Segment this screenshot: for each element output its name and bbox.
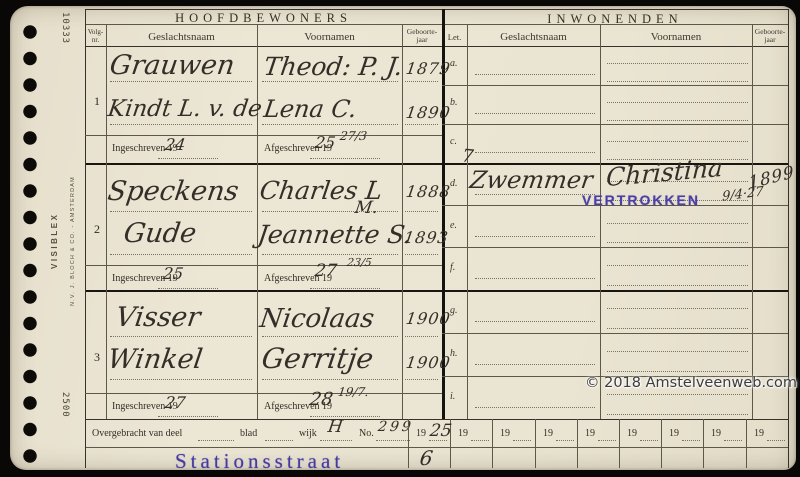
year-cell-prefix: 19 (627, 428, 637, 439)
print-count: 2500 (60, 392, 70, 418)
write-line (110, 253, 252, 255)
grid-line (85, 9, 86, 468)
write-line (724, 439, 742, 441)
write-line (158, 157, 218, 159)
write-line (405, 378, 438, 380)
column-header-geslachtsnaam-2: Geslachtsnaam (467, 31, 600, 43)
grid-line (408, 419, 409, 468)
write-line (607, 284, 748, 286)
write-line (405, 123, 438, 125)
hw-voornamen: Gerritje (260, 342, 376, 375)
volgnr-1: 1 (94, 94, 100, 109)
grid-line (442, 124, 788, 125)
grid-line (85, 290, 788, 292)
column-header-voornamen-2: Voornamen (600, 31, 752, 43)
write-line (607, 413, 748, 415)
grid-line (535, 419, 536, 468)
grid-line (85, 393, 442, 394)
column-header-geboortejaar: Geboorte- jaar (402, 28, 442, 44)
grid-line (703, 419, 704, 468)
hw-geboortejaar: 1890 (405, 103, 452, 122)
year-cell-prefix: 19 (543, 428, 553, 439)
copyright-watermark: © 2018 Amstelveenweb.com (585, 375, 797, 391)
grid-line (619, 419, 620, 468)
hw-geboortejaar: 1879 (405, 59, 452, 78)
grid-line (85, 46, 788, 47)
scanned-registration-card: 10333 2500 VISIBLEX N.V. J. BLOCH & CO. … (0, 0, 800, 477)
hw-huisnummer: 6 (418, 446, 434, 470)
write-line (607, 80, 748, 82)
write-line (310, 157, 380, 159)
write-line (475, 235, 595, 237)
write-line (198, 439, 234, 441)
column-header-voornamen: Voornamen (257, 31, 402, 43)
write-line (110, 123, 252, 125)
write-line (607, 62, 748, 64)
hw-mark: 7 (461, 145, 475, 167)
hw-voornamen: Lena C. (262, 95, 359, 123)
column-header-volgnr: Volg- nr. (85, 29, 106, 44)
write-line (607, 140, 748, 142)
column-header-geb2-line2: jaar (764, 35, 775, 44)
write-line (310, 415, 380, 417)
write-line (262, 253, 398, 255)
hw-geboortejaar: 1893 (403, 228, 450, 247)
write-line (110, 210, 252, 212)
write-line (475, 406, 595, 408)
publisher-name: N.V. J. BLOCH & CO. - AMSTERDAM (70, 176, 76, 306)
write-line (405, 253, 438, 255)
brand-name: VISIBLEX (50, 213, 59, 269)
year-cell-prefix: 19 (416, 428, 426, 439)
hw-no: 299 (377, 419, 415, 435)
write-line (607, 119, 748, 121)
hw-wijk: H (327, 417, 345, 437)
write-line (262, 378, 398, 380)
hw-geslachtsnaam: Gude (122, 218, 199, 249)
write-line (262, 123, 398, 125)
hw-voornamen: Nicolaas (258, 304, 376, 334)
write-line (405, 335, 438, 337)
row-letter-e: e. (450, 220, 457, 231)
label-blad: blad (240, 428, 257, 439)
grid-line (442, 247, 788, 248)
write-line (475, 363, 595, 365)
write-line (475, 277, 595, 279)
grid-line (788, 9, 789, 468)
hw-voornamen: Jeannette S. (256, 220, 414, 249)
write-line (767, 439, 785, 441)
write-line (376, 439, 410, 441)
section-title-inwonenden: INWONENDEN (442, 12, 788, 27)
column-header-geboortejaar-2: Geboorte- jaar (752, 28, 788, 44)
write-line (310, 287, 380, 289)
hw-geslachtsnaam: Winkel (106, 344, 205, 375)
volgnr-2: 2 (94, 222, 100, 237)
hw-geslachtsnaam-inwonende: Zwemmer (468, 166, 595, 194)
write-line (607, 264, 748, 266)
write-line (607, 350, 748, 352)
hw-geslachtsnaam: Visser (114, 302, 203, 333)
write-line (682, 439, 700, 441)
write-line (475, 151, 595, 153)
hw-vertrek-datum: 9/4·27 (722, 184, 764, 204)
row-letter-c: c. (450, 136, 457, 147)
write-line (471, 439, 489, 441)
write-line (158, 415, 218, 417)
write-line (405, 80, 438, 82)
label-overgebracht: Overgebracht van deel (92, 428, 182, 439)
year-cell-prefix: 19 (458, 428, 468, 439)
grid-line (467, 24, 468, 419)
grid-line (257, 24, 258, 419)
grid-line (600, 24, 601, 419)
section-title-hoofdbewoners: HOOFDBEWONERS (85, 11, 442, 26)
row-letter-f: f. (450, 262, 455, 273)
hw-geslachtsnaam: Kindt L. v. de (106, 96, 263, 122)
write-line (320, 439, 352, 441)
write-line (607, 370, 748, 372)
write-line (265, 439, 293, 441)
write-line (607, 241, 748, 243)
write-line (607, 222, 748, 224)
hw-year-value: 25 (429, 421, 453, 441)
grid-line (85, 419, 788, 420)
hw-ingeschreven-jaar: 27 (164, 393, 187, 412)
publisher-imprint: VISIBLEX N.V. J. BLOCH & CO. - AMSTERDAM (46, 146, 74, 336)
write-line (640, 439, 658, 441)
hw-afgeschreven-datum: 23/5 (346, 256, 373, 269)
vertrokken-stamp: VERTROKKEN (582, 192, 700, 208)
hw-afgeschreven-jaar: 27 (314, 261, 338, 281)
write-line (607, 393, 748, 395)
street-name-stamp: Stationsstraat (175, 449, 344, 474)
hw-afgeschreven-jaar: 28 (309, 389, 335, 410)
binder-holes (21, 19, 38, 469)
column-header-volgnr-line2: nr. (92, 36, 99, 44)
grid-line (746, 419, 747, 468)
grid-line (661, 419, 662, 468)
write-line (607, 307, 748, 309)
hw-geslachtsnaam: Speckens (106, 176, 241, 207)
label-wijk: wijk (299, 428, 317, 439)
grid-line (442, 333, 788, 334)
hw-afgeschreven-jaar: 25 (314, 133, 337, 152)
write-line (475, 112, 595, 114)
write-line (607, 327, 748, 329)
hw-geboortejaar: 1900 (405, 309, 452, 328)
hw-geboortejaar: 1900 (405, 353, 452, 372)
grid-line (85, 447, 788, 448)
form-number: 10333 (60, 12, 70, 44)
hw-ingeschreven-jaar: 24 (164, 135, 187, 154)
grid-line (577, 419, 578, 468)
write-line (158, 287, 218, 289)
write-line (475, 73, 595, 75)
grid-line (442, 85, 788, 86)
hw-geboortejaar: 1888 (405, 182, 452, 201)
hw-afgeschreven-datum: 27/3 (339, 129, 368, 143)
grid-line (752, 24, 753, 419)
hw-geslachtsnaam: Grauwen (108, 50, 237, 81)
grid-line (492, 419, 493, 468)
grid-line (85, 135, 442, 136)
volgnr-3: 3 (94, 350, 100, 365)
year-cell-prefix: 19 (711, 428, 721, 439)
write-line (598, 439, 616, 441)
hw-voornamen: Theod: P. J. (262, 52, 405, 81)
write-line (475, 320, 595, 322)
write-line (607, 101, 748, 103)
column-header-geb-line2: jaar (416, 35, 427, 44)
label-no: No. (359, 428, 374, 439)
row-letter-i: i. (450, 391, 455, 402)
write-line (110, 335, 252, 337)
year-cell-prefix: 19 (500, 428, 510, 439)
hw-afgeschreven-datum: 19/7. (337, 385, 370, 399)
card-paper: 10333 2500 VISIBLEX N.V. J. BLOCH & CO. … (10, 6, 796, 470)
grid-line (85, 265, 442, 266)
hw-voornamen-extra: M. (354, 198, 380, 218)
write-line (556, 439, 574, 441)
year-cell-prefix: 19 (754, 428, 764, 439)
hw-ingeschreven-jaar: 25 (162, 264, 185, 283)
write-line (405, 210, 438, 212)
column-header-let: Let. (442, 32, 467, 42)
year-cell-prefix: 19 (669, 428, 679, 439)
write-line (110, 378, 252, 380)
write-line (513, 439, 531, 441)
write-line (262, 335, 398, 337)
grid-line (85, 9, 788, 10)
year-cell-prefix: 19 (585, 428, 595, 439)
column-header-geslachtsnaam: Geslachtsnaam (106, 31, 257, 43)
